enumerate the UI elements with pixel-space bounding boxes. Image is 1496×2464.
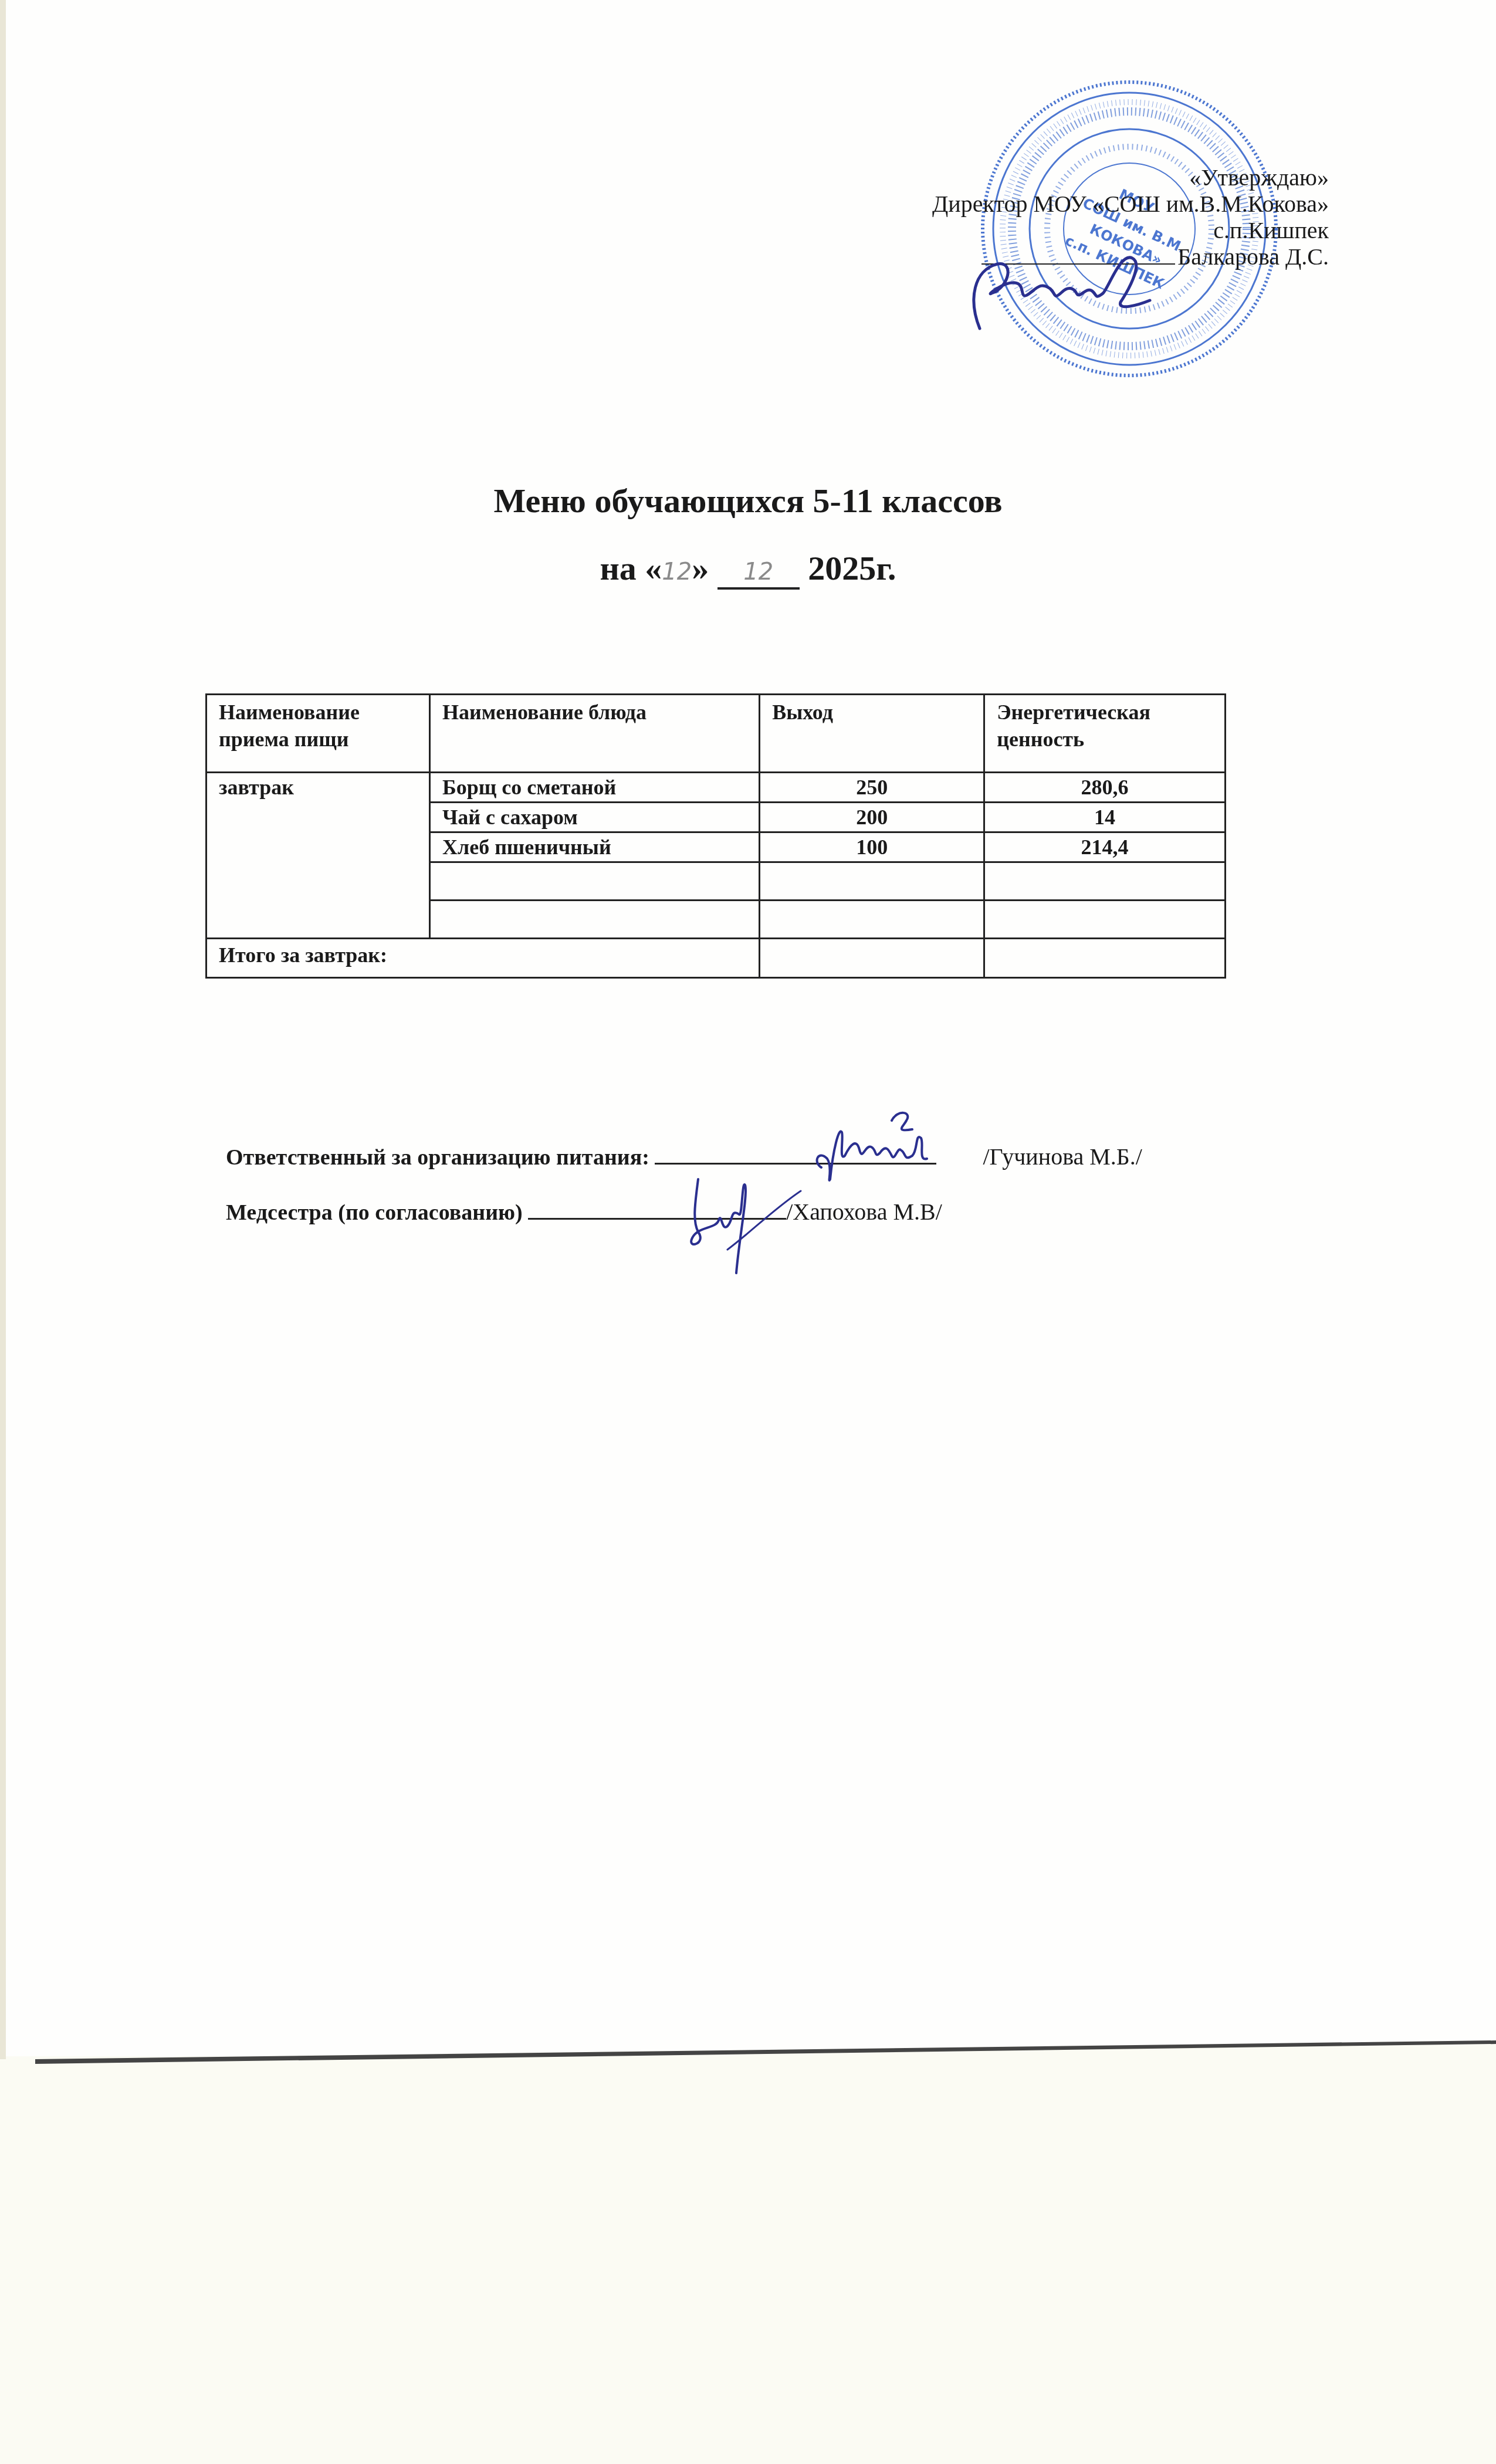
total-row: Итого за завтрак: xyxy=(207,939,1226,978)
dish-yield: 250 xyxy=(760,773,984,803)
scan-edge xyxy=(0,0,6,2059)
dish-yield: 200 xyxy=(760,803,984,832)
responsible-signature-icon xyxy=(810,1103,945,1191)
menu-table: Наименование приема пищи Наименование бл… xyxy=(205,693,1226,979)
approval-director-name: Балкарова Д.С. xyxy=(1177,243,1329,270)
page-bottom-edge xyxy=(35,2036,1496,2065)
date-prefix: на « xyxy=(600,549,662,587)
dish-energy xyxy=(984,862,1226,901)
dish-name: Борщ со сметаной xyxy=(429,773,759,803)
header-dish: Наименование блюда xyxy=(429,695,759,773)
dish-energy: 214,4 xyxy=(984,832,1226,862)
dish-energy: 14 xyxy=(984,803,1226,832)
nurse-label: Медсестра (по согласованию) xyxy=(226,1200,523,1225)
date-day: 12 xyxy=(662,559,692,585)
table-header-row: Наименование приема пищи Наименование бл… xyxy=(207,695,1226,773)
dish-yield xyxy=(760,901,984,939)
dish-name: Чай с сахаром xyxy=(429,803,759,832)
table-row: завтрак Борщ со сметаной 250 280,6 xyxy=(207,773,1226,803)
dish-yield: 100 xyxy=(760,832,984,862)
dish-energy xyxy=(984,901,1226,939)
header-meal: Наименование приема пищи xyxy=(207,695,430,773)
responsible-label: Ответственный за организацию питания: xyxy=(226,1145,649,1170)
date-year: 2025г. xyxy=(808,549,896,587)
header-energy: Энергетическая ценность xyxy=(984,695,1226,773)
meal-name: завтрак xyxy=(207,773,430,939)
responsible-name: /Гучинова М.Б./ xyxy=(983,1143,1142,1170)
approval-locality: с.п.Кишпек xyxy=(932,217,1329,243)
nurse-signature-icon xyxy=(675,1167,827,1279)
dish-yield xyxy=(760,862,984,901)
date-month: 12 xyxy=(743,557,773,587)
header-yield: Выход xyxy=(760,695,984,773)
approval-position: Директор МОУ «СОШ им.В.М.Кокова» xyxy=(932,191,1329,217)
total-label: Итого за завтрак: xyxy=(207,939,760,978)
dish-name: Хлеб пшеничный xyxy=(429,832,759,862)
date-mid: » xyxy=(692,549,709,587)
dish-name xyxy=(429,901,759,939)
total-energy xyxy=(984,939,1226,978)
menu-date: на «12» 12 2025г. xyxy=(0,549,1496,590)
dish-name xyxy=(429,862,759,901)
page-title: Меню обучающихся 5-11 классов xyxy=(0,481,1496,520)
dish-energy: 280,6 xyxy=(984,773,1226,803)
responsible-signature-row: Ответственный за организацию питания: /Г… xyxy=(226,1143,1142,1170)
director-signature-icon xyxy=(962,246,1162,340)
nurse-signature-row: Медсестра (по согласованию) /Хапохова М.… xyxy=(226,1198,942,1226)
total-yield xyxy=(760,939,984,978)
approval-heading: «Утверждаю» xyxy=(932,164,1329,191)
